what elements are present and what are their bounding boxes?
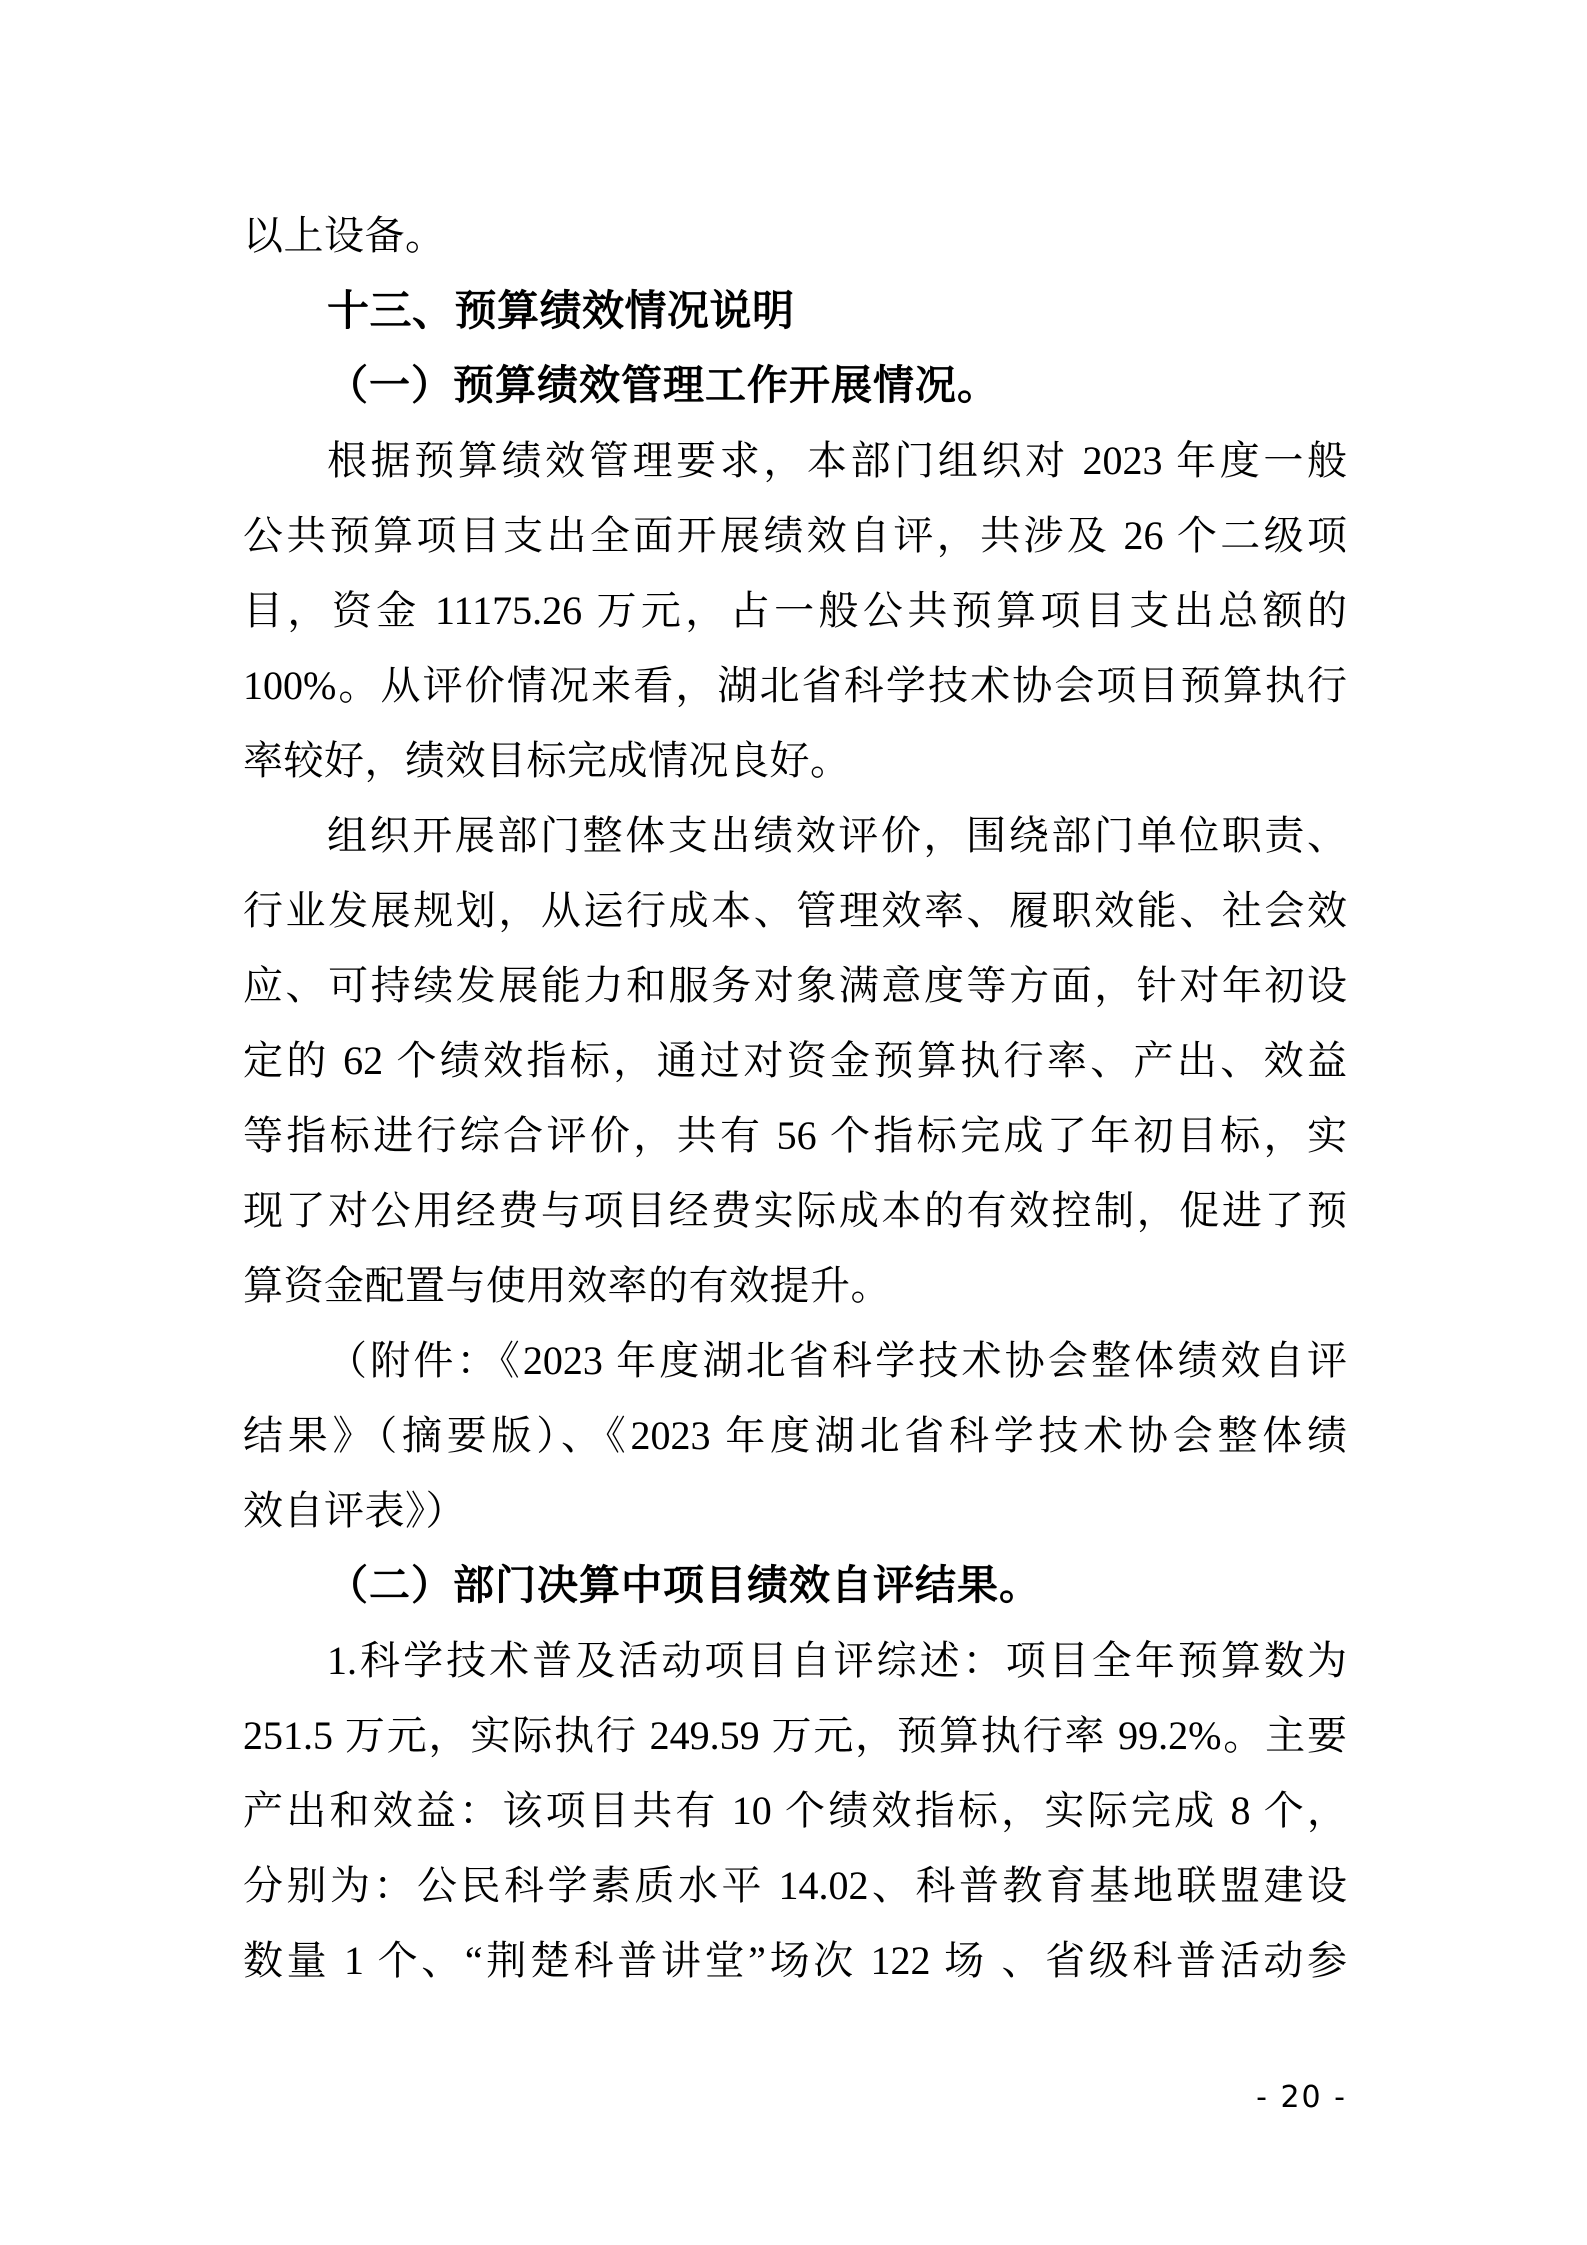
paragraph-3-line: 效自评表》） (243, 1473, 1347, 1548)
paragraph-4-line: 1.科学技术普及活动项目自评综述：项目全年预算数为 (243, 1623, 1347, 1698)
paragraph-4-line: 251.5 万元，实际执行 249.59 万元，预算执行率 99.2%。主要 (243, 1698, 1347, 1773)
paragraph-4-line: 分别为：公民科学素质水平 14.02、科普教育基地联盟建设 (243, 1848, 1347, 1923)
paragraph-4-line: 产出和效益：该项目共有 10 个绩效指标，实际完成 8 个， (243, 1773, 1347, 1848)
paragraph-3-line: （附件：《2023 年度湖北省科学技术协会整体绩效自评 (243, 1323, 1347, 1398)
continuation-line: 以上设备。 (243, 198, 1347, 273)
text-column: 以上设备。 十三、预算绩效情况说明 （一）预算绩效管理工作开展情况。 根据预算绩… (243, 198, 1347, 1998)
paragraph-2-line: 组织开展部门整体支出绩效评价，围绕部门单位职责、 (243, 798, 1347, 873)
paragraph-1-line: 100%。从评价情况来看，湖北省科学技术协会项目预算执行 (243, 648, 1347, 723)
paragraph-1-line: 目，资金 11175.26 万元，占一般公共预算项目支出总额的 (243, 573, 1347, 648)
paragraph-1-line: 率较好，绩效目标完成情况良好。 (243, 723, 1347, 798)
paragraph-4-line: 数量 1 个、“荆楚科普讲堂”场次 122 场 、省级科普活动参 (243, 1923, 1347, 1998)
paragraph-1-line: 根据预算绩效管理要求，本部门组织对 2023 年度一般 (243, 423, 1347, 498)
subsection-heading-1: （一）预算绩效管理工作开展情况。 (243, 348, 1347, 423)
paragraph-2-line: 算资金配置与使用效率的有效提升。 (243, 1248, 1347, 1323)
document-page: 以上设备。 十三、预算绩效情况说明 （一）预算绩效管理工作开展情况。 根据预算绩… (0, 0, 1587, 2245)
paragraph-2-line: 行业发展规划，从运行成本、管理效率、履职效能、社会效 (243, 873, 1347, 948)
section-heading: 十三、预算绩效情况说明 (243, 273, 1347, 348)
paragraph-2-line: 现了对公用经费与项目经费实际成本的有效控制，促进了预 (243, 1173, 1347, 1248)
paragraph-2-line: 等指标进行综合评价，共有 56 个指标完成了年初目标，实 (243, 1098, 1347, 1173)
paragraph-2-line: 应、可持续发展能力和服务对象满意度等方面，针对年初设 (243, 948, 1347, 1023)
paragraph-2-line: 定的 62 个绩效指标，通过对资金预算执行率、产出、效益 (243, 1023, 1347, 1098)
subsection-heading-2: （二）部门决算中项目绩效自评结果。 (243, 1548, 1347, 1623)
paragraph-3-line: 结果》（摘要版）、《2023 年度湖北省科学技术协会整体绩 (243, 1398, 1347, 1473)
paragraph-1-line: 公共预算项目支出全面开展绩效自评，共涉及 26 个二级项 (243, 498, 1347, 573)
page-number: - 20 - (1256, 2078, 1347, 2118)
